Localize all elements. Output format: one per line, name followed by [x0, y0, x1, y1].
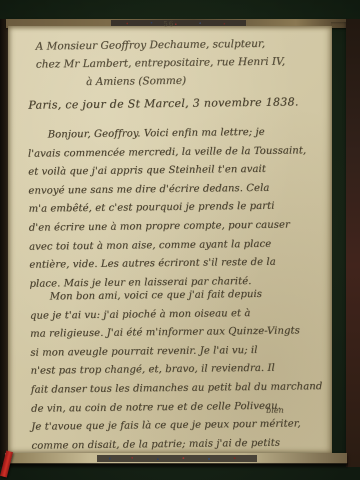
- handwritten-line: entière, vide. Les autres écriront s'il …: [29, 253, 307, 275]
- interlinear-insertion: bien: [266, 406, 284, 415]
- letter-page: 56 A Monsieur Geoffroy Dechaume, sculpte…: [8, 26, 332, 454]
- book-cover-right: [346, 19, 360, 467]
- book-shadow: [2, 463, 348, 469]
- marbled-edge-bottom: [97, 455, 257, 462]
- handwritten-letter: 56 A Monsieur Geoffroy Dechaume, sculpte…: [5, 24, 334, 456]
- address-line: chez Mr Lambert, entrepositaire, rue Hen…: [36, 53, 285, 74]
- dateline: Paris, ce jour de St Marcel, 3 novembre …: [28, 95, 298, 111]
- pencil-page-number: 56: [163, 20, 174, 28]
- address-line: à Amiens (Somme): [36, 71, 285, 92]
- paragraph-2: Mon bon ami, voici ce que j'ai fait depu…: [30, 285, 324, 456]
- address-block: A Monsieur Geoffroy Dechaume, sculpteur,…: [36, 35, 286, 92]
- photograph-of-manuscript: 56 A Monsieur Geoffroy Dechaume, sculpte…: [0, 0, 360, 480]
- paragraph-1: Bonjour, Geoffroy. Voici enfin ma lettre…: [28, 123, 308, 294]
- handwritten-line: ma religieuse. J'ai été m'informer aux Q…: [30, 322, 322, 344]
